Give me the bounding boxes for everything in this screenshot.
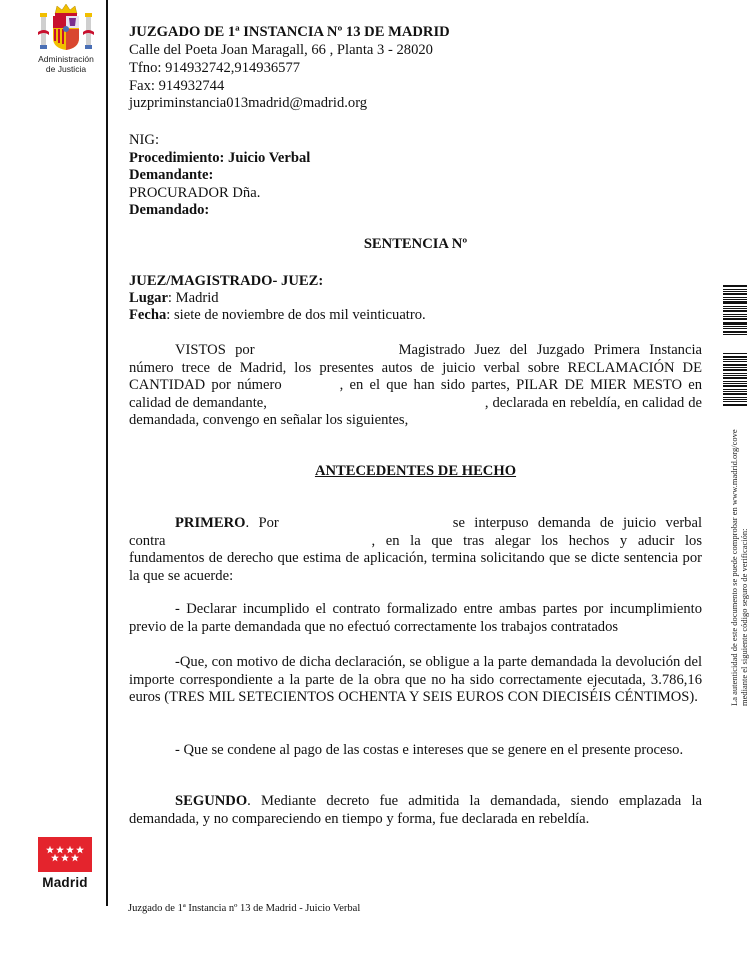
- primero-paragraph: PRIMERO. Porse interpuso demanda de juic…: [129, 515, 702, 585]
- date-label: Fecha: [129, 307, 166, 323]
- barcode-top-icon: [723, 285, 747, 336]
- margin-divider-line: [106, 0, 108, 906]
- request-1-text: - Declarar incumplido el contrato formal…: [129, 601, 702, 635]
- barcode-bottom-icon: [723, 353, 747, 407]
- segundo-paragraph: SEGUNDO. Mediante decreto fue admitida l…: [129, 793, 702, 828]
- vistos-part1: VISTOS por: [175, 342, 255, 358]
- logo-label-line2: de Justicia: [30, 64, 102, 74]
- attorney-line: PROCURADOR Dña.: [129, 185, 260, 203]
- primero-part1: . Por: [246, 515, 279, 531]
- request-item: - Declarar incumplido el contrato formal…: [129, 601, 702, 636]
- comunidad-madrid-logo: Madrid: [37, 837, 93, 890]
- request-2-text: -Que, con motivo de dicha declaración, s…: [129, 654, 702, 705]
- verification-text-line1: La autenticidad de este documento se pue…: [729, 429, 739, 706]
- primero-part3: , en la que tras alegar los hechos y adu…: [129, 533, 702, 584]
- logo-label-line1: Administración: [30, 54, 102, 64]
- court-phone: Tfno: 914932742,914936577: [129, 60, 300, 78]
- section-title-antecedentes: ANTECEDENTES DE HECHO: [129, 463, 702, 480]
- segundo-label: SEGUNDO: [175, 793, 247, 809]
- defendant-line: Demandado:: [129, 202, 209, 220]
- request-item: -Que, con motivo de dicha declaración, s…: [129, 654, 702, 707]
- madrid-flag-icon: [38, 837, 92, 872]
- court-fax: Fax: 914932744: [129, 78, 224, 96]
- judge-label: JUEZ/MAGISTRADO- JUEZ:: [129, 273, 323, 289]
- plaintiff-label: Demandante:: [129, 167, 213, 183]
- procedure-line: Procedimiento: Juicio Verbal: [129, 150, 310, 168]
- place-value: : Madrid: [168, 290, 219, 306]
- procedure-value: Juicio Verbal: [228, 150, 310, 166]
- place-line: Lugar: Madrid: [129, 290, 219, 308]
- nig-line: NIG:: [129, 132, 159, 150]
- sentence-title: SENTENCIA Nº: [129, 236, 702, 253]
- vistos-paragraph: VISTOS porMagistrado Juez del Juzgado Pr…: [129, 342, 702, 430]
- place-label: Lugar: [129, 290, 168, 306]
- administracion-justicia-logo: Administración de Justicia: [30, 2, 102, 74]
- page-footer: Juzgado de 1ª Instancia nº 13 de Madrid …: [128, 903, 360, 914]
- nig-label: NIG:: [129, 132, 159, 148]
- date-line: Fecha: siete de noviembre de dos mil vei…: [129, 307, 426, 325]
- primero-label: PRIMERO: [175, 515, 246, 531]
- coat-of-arms-icon: [35, 2, 97, 54]
- court-name: JUZGADO DE 1ª INSTANCIA Nº 13 DE MADRID: [129, 24, 450, 42]
- verification-text-line2: mediante el siguiente código seguro de v…: [739, 529, 749, 707]
- request-3-text: - Que se condene al pago de las costas e…: [175, 742, 683, 758]
- judge-line: JUEZ/MAGISTRADO- JUEZ:: [129, 273, 323, 291]
- madrid-label: Madrid: [37, 875, 93, 890]
- defendant-label: Demandado:: [129, 202, 209, 218]
- request-item: - Que se condene al pago de las costas e…: [129, 742, 702, 760]
- court-email[interactable]: juzpriminstancia013madrid@madrid.org: [129, 95, 367, 113]
- court-address: Calle del Poeta Joan Maragall, 66 , Plan…: [129, 42, 433, 60]
- date-value: : siete de noviembre de dos mil veinticu…: [166, 307, 425, 323]
- procedure-label: Procedimiento:: [129, 150, 228, 166]
- plaintiff-line: Demandante:: [129, 167, 213, 185]
